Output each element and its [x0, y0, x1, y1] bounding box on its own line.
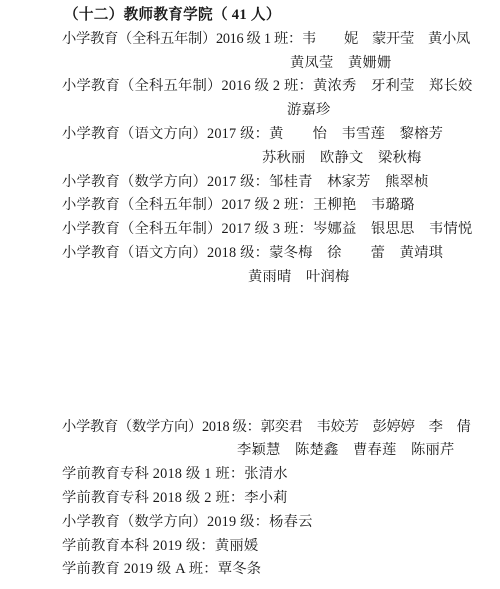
roster-line-continuation: 苏秋丽 欧静文 梁秋梅 [262, 147, 500, 171]
roster-line: 小学教育（数学方向）2017 级：邹桂青 林家芳 熊翠桢 [62, 171, 500, 195]
roster-line: 小学教育（全科五年制）2016 级 2 班：黄浓秀 牙利莹 郑长姣 [62, 75, 500, 99]
section-heading: （十二）教师教育学院（ 41 人） [64, 4, 500, 28]
roster-line-continuation: 黄雨晴 叶润梅 [248, 266, 500, 290]
roster-line: 学前教育本科 2019 级：黄丽媛 [62, 535, 500, 559]
roster-line-continuation: 游嘉珍 [287, 99, 500, 123]
roster-line: 小学教育（全科五年制）2017 级 3 班：岑娜益 银思思 韦情悦 [62, 218, 500, 242]
roster-line: 学前教育 2019 级 A 班：覃冬条 [62, 558, 500, 582]
roster-line-continuation: 李颖慧 陈楚鑫 曹春莲 陈丽芹 [237, 439, 500, 463]
roster-line: 学前教育专科 2018 级 2 班：李小莉 [62, 487, 500, 511]
roster-line: 学前教育专科 2018 级 1 班：张清水 [62, 463, 500, 487]
roster-line: 小学教育（语文方向）2017 级：黄 怡 韦雪莲 黎榕芳 [62, 123, 500, 147]
roster-line: 小学教育（语文方向）2018 级：蒙冬梅 徐 蕾 黄靖琪 [62, 242, 500, 266]
roster-line: 小学教育（数学方向）2019 级：杨春云 [62, 511, 500, 535]
roster-block-lower: 小学教育（数学方向）2018 级：郭奕君 韦姣芳 彭婷婷 李 倩 李颖慧 陈楚鑫… [62, 416, 500, 583]
roster-line: 小学教育（全科五年制）2017 级 2 班：王柳艳 韦璐璐 [62, 194, 500, 218]
roster-line: 小学教育（全科五年制）2016 级 1 班：韦 妮 蒙开莹 黄小凤 [62, 28, 500, 52]
roster-line-continuation: 黄凤莹 黄姗姗 [290, 52, 500, 76]
roster-block-upper: 小学教育（全科五年制）2016 级 1 班：韦 妮 蒙开莹 黄小凤 黄凤莹 黄姗… [62, 28, 500, 290]
page-break-gap [62, 290, 500, 416]
roster-line: 小学教育（数学方向）2018 级：郭奕君 韦姣芳 彭婷婷 李 倩 [62, 416, 500, 440]
document-page: （十二）教师教育学院（ 41 人） 小学教育（全科五年制）2016 级 1 班：… [0, 0, 500, 589]
